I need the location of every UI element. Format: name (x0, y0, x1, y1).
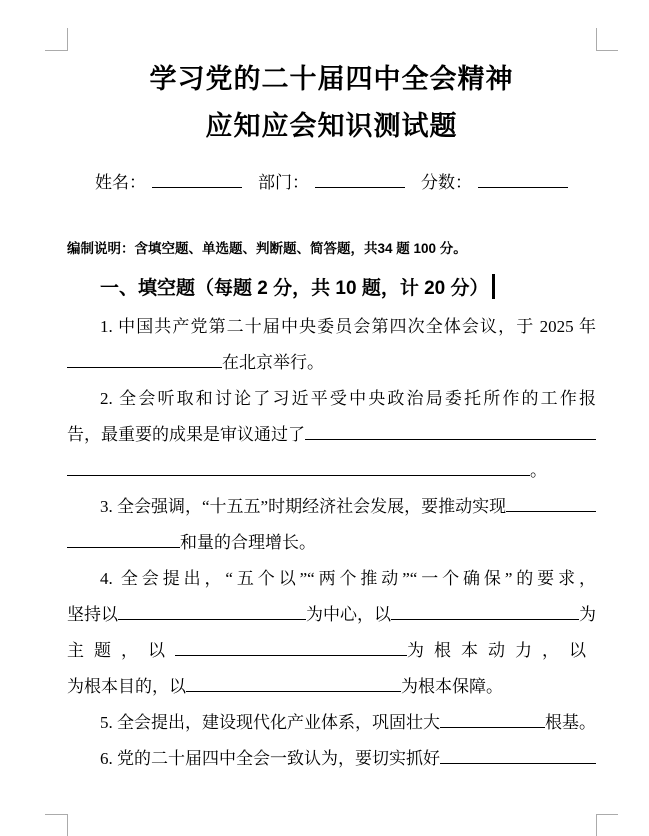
department-blank-underline[interactable] (315, 170, 405, 188)
question-4-text-2: 为中心，以 (306, 597, 391, 633)
document-content: 学习党的二十届四中全会精神 应知应会知识测试题 姓名： 部门： 分数： 编制说明… (67, 50, 596, 777)
crop-mark-top-right-icon (596, 28, 618, 51)
section-heading-text: 一、填空题（每题 2 分，共 10 题，计 20 分） (100, 278, 489, 299)
score-label: 分数： (421, 168, 472, 193)
question-2-blank-underline-1[interactable] (305, 422, 596, 440)
question-6-blank-underline[interactable] (440, 746, 596, 764)
question-6-text: 6. 党的二十届四中全会一致认为，要切实抓好 (100, 741, 440, 777)
question-3-line-1: 3. 全会强调，“十五五”时期经济社会发展，要推动实现 (67, 489, 596, 525)
question-4-blank-underline-2[interactable] (391, 602, 579, 620)
question-4-line-3: 主题，以 为根本动力，以 (67, 633, 596, 669)
crop-mark-bottom-right-icon (596, 814, 618, 836)
question-2-line-3: 。 (67, 453, 596, 489)
name-label: 姓名： (95, 168, 146, 193)
question-1-line-2: 在北京举行。 (67, 345, 596, 381)
crop-mark-bottom-left-icon (45, 814, 68, 836)
department-label: 部门： (258, 168, 309, 193)
question-1-text: 在北京举行。 (222, 345, 324, 381)
question-3-blank-underline-1[interactable] (506, 494, 596, 512)
text-cursor (492, 274, 495, 299)
title-line-1: 学习党的二十届四中全会精神 (67, 56, 596, 103)
department-field: 部门： (258, 168, 405, 193)
document-title: 学习党的二十届四中全会精神 应知应会知识测试题 (67, 56, 596, 150)
question-4-blank-underline-3[interactable] (175, 638, 407, 656)
name-field: 姓名： (95, 168, 242, 193)
question-3-blank-underline-2[interactable] (67, 530, 180, 548)
question-4-text-3: 为 (579, 597, 596, 633)
question-3-text-1: 3. 全会强调，“十五五”时期经济社会发展，要推动实现 (100, 489, 506, 525)
question-6-line-1: 6. 党的二十届四中全会一致认为，要切实抓好 (67, 741, 596, 777)
question-5-line-1: 5. 全会提出，建设现代化产业体系，巩固壮大 根基。 (67, 705, 596, 741)
question-2-text: 告，最重要的成果是审议通过了 (67, 417, 305, 453)
question-4-text-6: 为根本目的，以 (67, 669, 186, 705)
compilation-note: 编制说明：含填空题、单选题、判断题、简答题，共34 题 100 分。 (67, 237, 596, 261)
question-4-text-4: 主题，以 (67, 633, 175, 669)
question-1-line-1: 1. 中国共产党第二十届中央委员会第四次全体会议，于 2025 年 (67, 309, 596, 345)
question-1-blank-underline[interactable] (67, 350, 222, 368)
question-4-line-2: 坚持以 为中心，以 为 (67, 597, 596, 633)
question-3-text-2: 和量的合理增长。 (180, 525, 316, 561)
question-2-line-1: 2. 全会听取和讨论了习近平受中央政治局委托所作的工作报 (67, 381, 596, 417)
score-blank-underline[interactable] (478, 170, 568, 188)
question-3-line-2: 和量的合理增长。 (67, 525, 596, 561)
question-2-period: 。 (530, 453, 547, 489)
questions-body: 1. 中国共产党第二十届中央委员会第四次全体会议，于 2025 年 在北京举行。… (67, 309, 596, 777)
question-2-line-2: 告，最重要的成果是审议通过了 (67, 417, 596, 453)
name-blank-underline[interactable] (152, 170, 242, 188)
question-4-line-4: 为根本目的，以 为根本保障。 (67, 669, 596, 705)
title-line-2: 应知应会知识测试题 (67, 103, 596, 150)
section-heading: 一、填空题（每题 2 分，共 10 题，计 20 分） (67, 274, 596, 304)
question-4-line-1: 4. 全会提出，“五个以”“两个推动”“一个确保”的要求， (67, 561, 596, 597)
question-4-text-5: 为根本动力，以 (407, 633, 596, 669)
question-5-blank-underline[interactable] (440, 710, 545, 728)
question-5-text-1: 5. 全会提出，建设现代化产业体系，巩固壮大 (100, 705, 440, 741)
question-4-blank-underline-1[interactable] (118, 602, 306, 620)
header-fields-row: 姓名： 部门： 分数： (67, 168, 596, 193)
question-4-blank-underline-4[interactable] (186, 674, 401, 692)
crop-mark-top-left-icon (45, 28, 68, 51)
word-document-page: { "colors": { "text": "#000000", "crop_m… (0, 0, 649, 836)
question-5-text-2: 根基。 (545, 705, 596, 741)
question-2-blank-underline-2[interactable] (67, 458, 530, 476)
score-field: 分数： (421, 168, 568, 193)
question-4-text-1: 坚持以 (67, 597, 118, 633)
question-4-text-7: 为根本保障。 (401, 669, 503, 705)
